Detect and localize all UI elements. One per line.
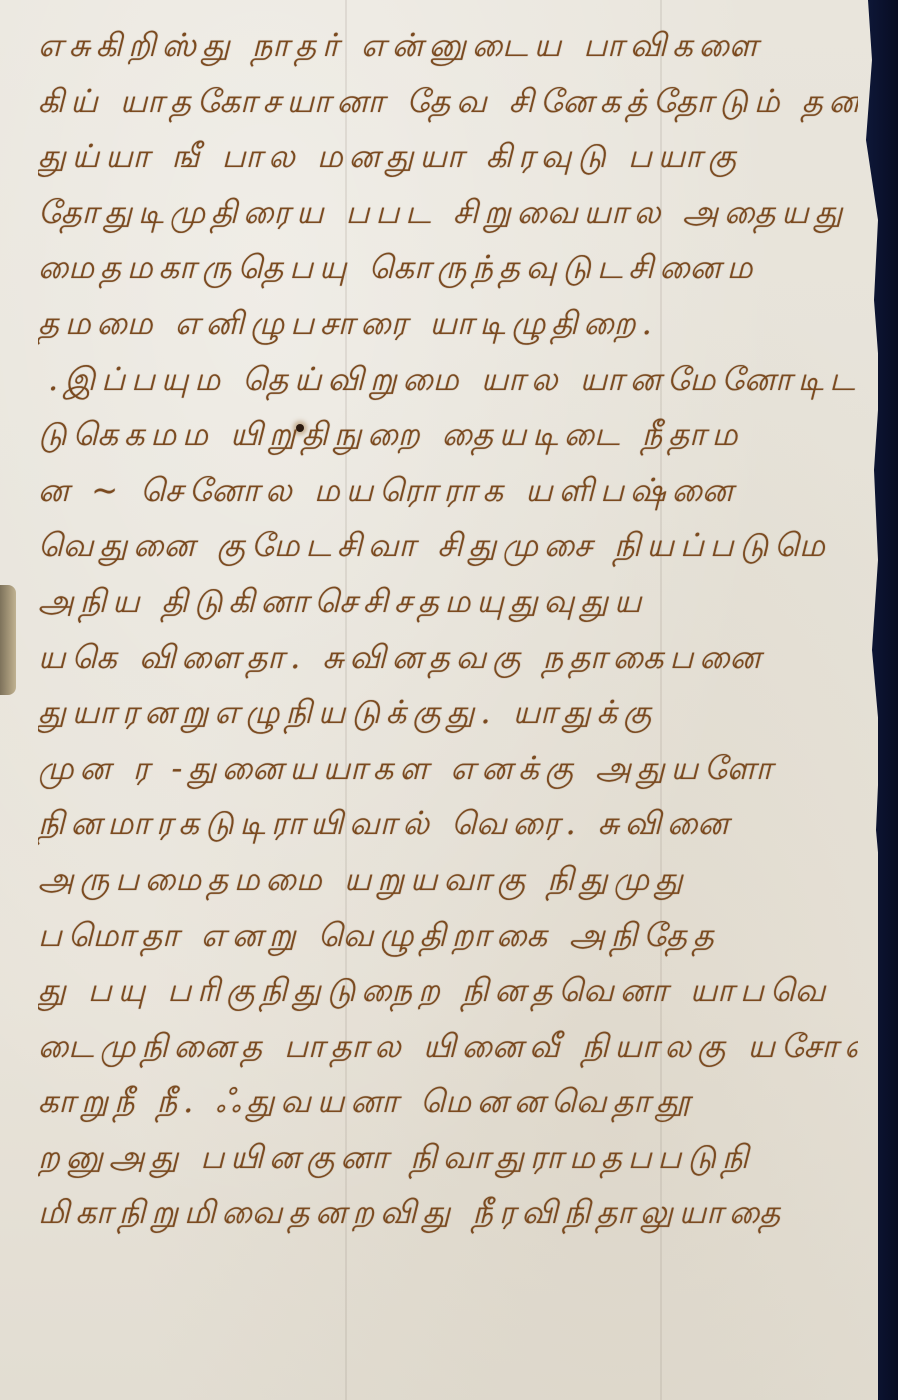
text-line: முன ர -துனையயாகள எனக்கு அதுயளோ bbox=[38, 741, 858, 797]
manuscript-page: எசுகிறிஸ்து நாதர் என்னுடைய பாவிகளை கிய் … bbox=[0, 0, 878, 1400]
text-line: பமொதா எனறு வெழுதிறாகை அநிதேத bbox=[38, 908, 858, 964]
text-line: ன ~ செனோல மயரொராக யளிபஷ்னை bbox=[38, 463, 858, 519]
text-line: டைமுநினைத பாதால யினைவீ நியாலகு யசோல bbox=[38, 1019, 858, 1075]
text-line: தோதுடிமுதிரைய பபட சிறுவையால அதையது bbox=[38, 185, 858, 241]
text-line: துய்யா ஙீ பால மனதுயா கிரவுடு பயாகு bbox=[38, 129, 858, 185]
text-line: அநிய திடுகினாசெசிசதமயுதுவுதுய bbox=[38, 574, 858, 630]
text-line: தமமை எனிழுபசாரை யாடிழுதிறை. bbox=[38, 296, 858, 352]
text-line: துயாரனறுஎழுநியடுக்குது. யாதுக்கு bbox=[38, 685, 858, 741]
text-line: எசுகிறிஸ்து நாதர் என்னுடைய பாவிகளை bbox=[38, 18, 858, 74]
text-line: யகெ விளைதா. சுவினதவகு நதாகைபனை bbox=[38, 630, 858, 686]
text-line: வெதுனை குமேடசிவா சிதுமுசை நியப்படுமெ bbox=[38, 518, 858, 574]
text-line: மைதமகாருதெபயு கொருந்தவுடுடசினைம bbox=[38, 240, 858, 296]
text-line: றனுஅது பயினகுனா நிவாதுராமதபபடுநி bbox=[38, 1130, 858, 1186]
text-line: .இப்பயும தெய்விறுமை யால யானமேனோடிட bbox=[38, 352, 858, 408]
text-line: டுகெகமம யிறுதிநுறை தையடிடை நீதாம bbox=[38, 407, 858, 463]
text-line: து பயு பரிகுநிதுடுநைற நினதவெனா யாபவெ bbox=[38, 963, 858, 1019]
text-line: அருபமைதமமை யறுயவாகு நிதுமுது bbox=[38, 852, 858, 908]
text-line: மிகாநிறுமிவைதனறவிது நீரவிநிதாலுயாதை bbox=[38, 1185, 858, 1241]
binding-remnant bbox=[0, 585, 16, 695]
handwritten-text-block: எசுகிறிஸ்து நாதர் என்னுடைய பாவிகளை கிய் … bbox=[38, 18, 858, 1241]
text-line: நினமாரகடுடிராயிவால் வெரை. சுவினை bbox=[38, 796, 858, 852]
text-line: கிய் யாதகோசயானா தேவ சினேகத்தோடும் தன bbox=[38, 74, 858, 130]
text-line: காறுநீ நீ. ஃதுவயனா மெனனவெதாதூ bbox=[38, 1074, 858, 1130]
